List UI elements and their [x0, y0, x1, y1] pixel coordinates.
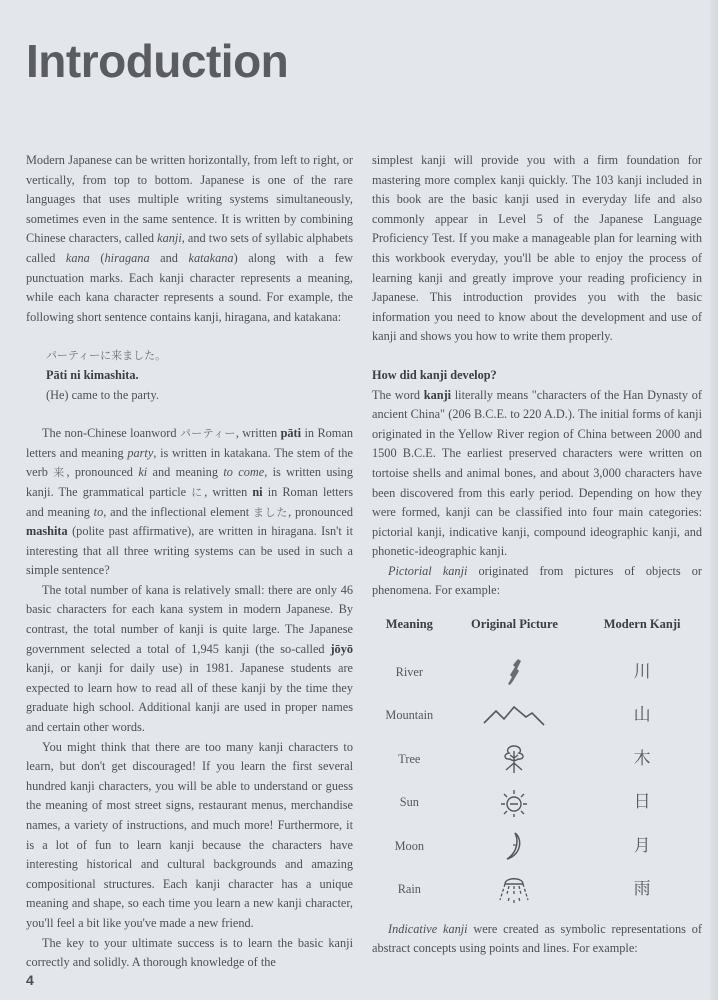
page-edge-shadow [710, 0, 718, 1000]
example-japanese: パーティーに来ました。 [46, 346, 353, 366]
paragraph-loanword: The non-Chinese loanword パーティー, written … [26, 424, 353, 581]
right-column: simplest kanji will provide you with a f… [372, 151, 702, 959]
header-modern-kanji: Modern Kanji [582, 615, 702, 651]
section-heading: How did kanji develop? [372, 366, 702, 386]
paragraph-indicative: Indicative kanji were created as symboli… [372, 920, 702, 959]
mountain-pictograph-icon [447, 705, 583, 727]
table-row: Rain 雨 [372, 868, 702, 912]
example-sentence: パーティーに来ました。 Pāti ni kimashita. (He) came… [46, 346, 353, 405]
header-original-picture: Original Picture [447, 615, 583, 651]
example-romaji: Pāti ni kimashita. [46, 366, 353, 386]
table-row: Sun 日 [372, 781, 702, 825]
page-title: Introduction [26, 34, 288, 88]
paragraph-writing-systems: Modern Japanese can be written horizonta… [26, 151, 353, 327]
paragraph-key-to-success: The key to your ultimate success is to l… [26, 934, 353, 973]
table-row: Moon 月 [372, 825, 702, 869]
paragraph-foundation: simplest kanji will provide you with a f… [372, 151, 702, 347]
tree-pictograph-icon [447, 743, 583, 775]
header-meaning: Meaning [372, 615, 447, 651]
pictorial-kanji-table: Meaning Original Picture Modern Kanji Ri… [372, 615, 702, 912]
rain-pictograph-icon [447, 874, 583, 906]
table-row: Tree 木 [372, 738, 702, 782]
example-translation: (He) came to the party. [46, 386, 353, 406]
paragraph-kanji-history: The word kanji literally means "characte… [372, 386, 702, 562]
page-number: 4 [26, 972, 34, 988]
table-row: River 川 [372, 651, 702, 695]
paragraph-pictorial: Pictorial kanji originated from pictures… [372, 562, 702, 601]
left-column: Modern Japanese can be written horizonta… [26, 151, 353, 973]
moon-pictograph-icon [447, 831, 583, 861]
paragraph-encouragement: You might think that there are too many … [26, 738, 353, 934]
table-row: Mountain 山 [372, 694, 702, 738]
sun-pictograph-icon [447, 788, 583, 818]
paragraph-kana-count: The total number of kana is relatively s… [26, 581, 353, 738]
river-pictograph-icon [447, 657, 583, 687]
